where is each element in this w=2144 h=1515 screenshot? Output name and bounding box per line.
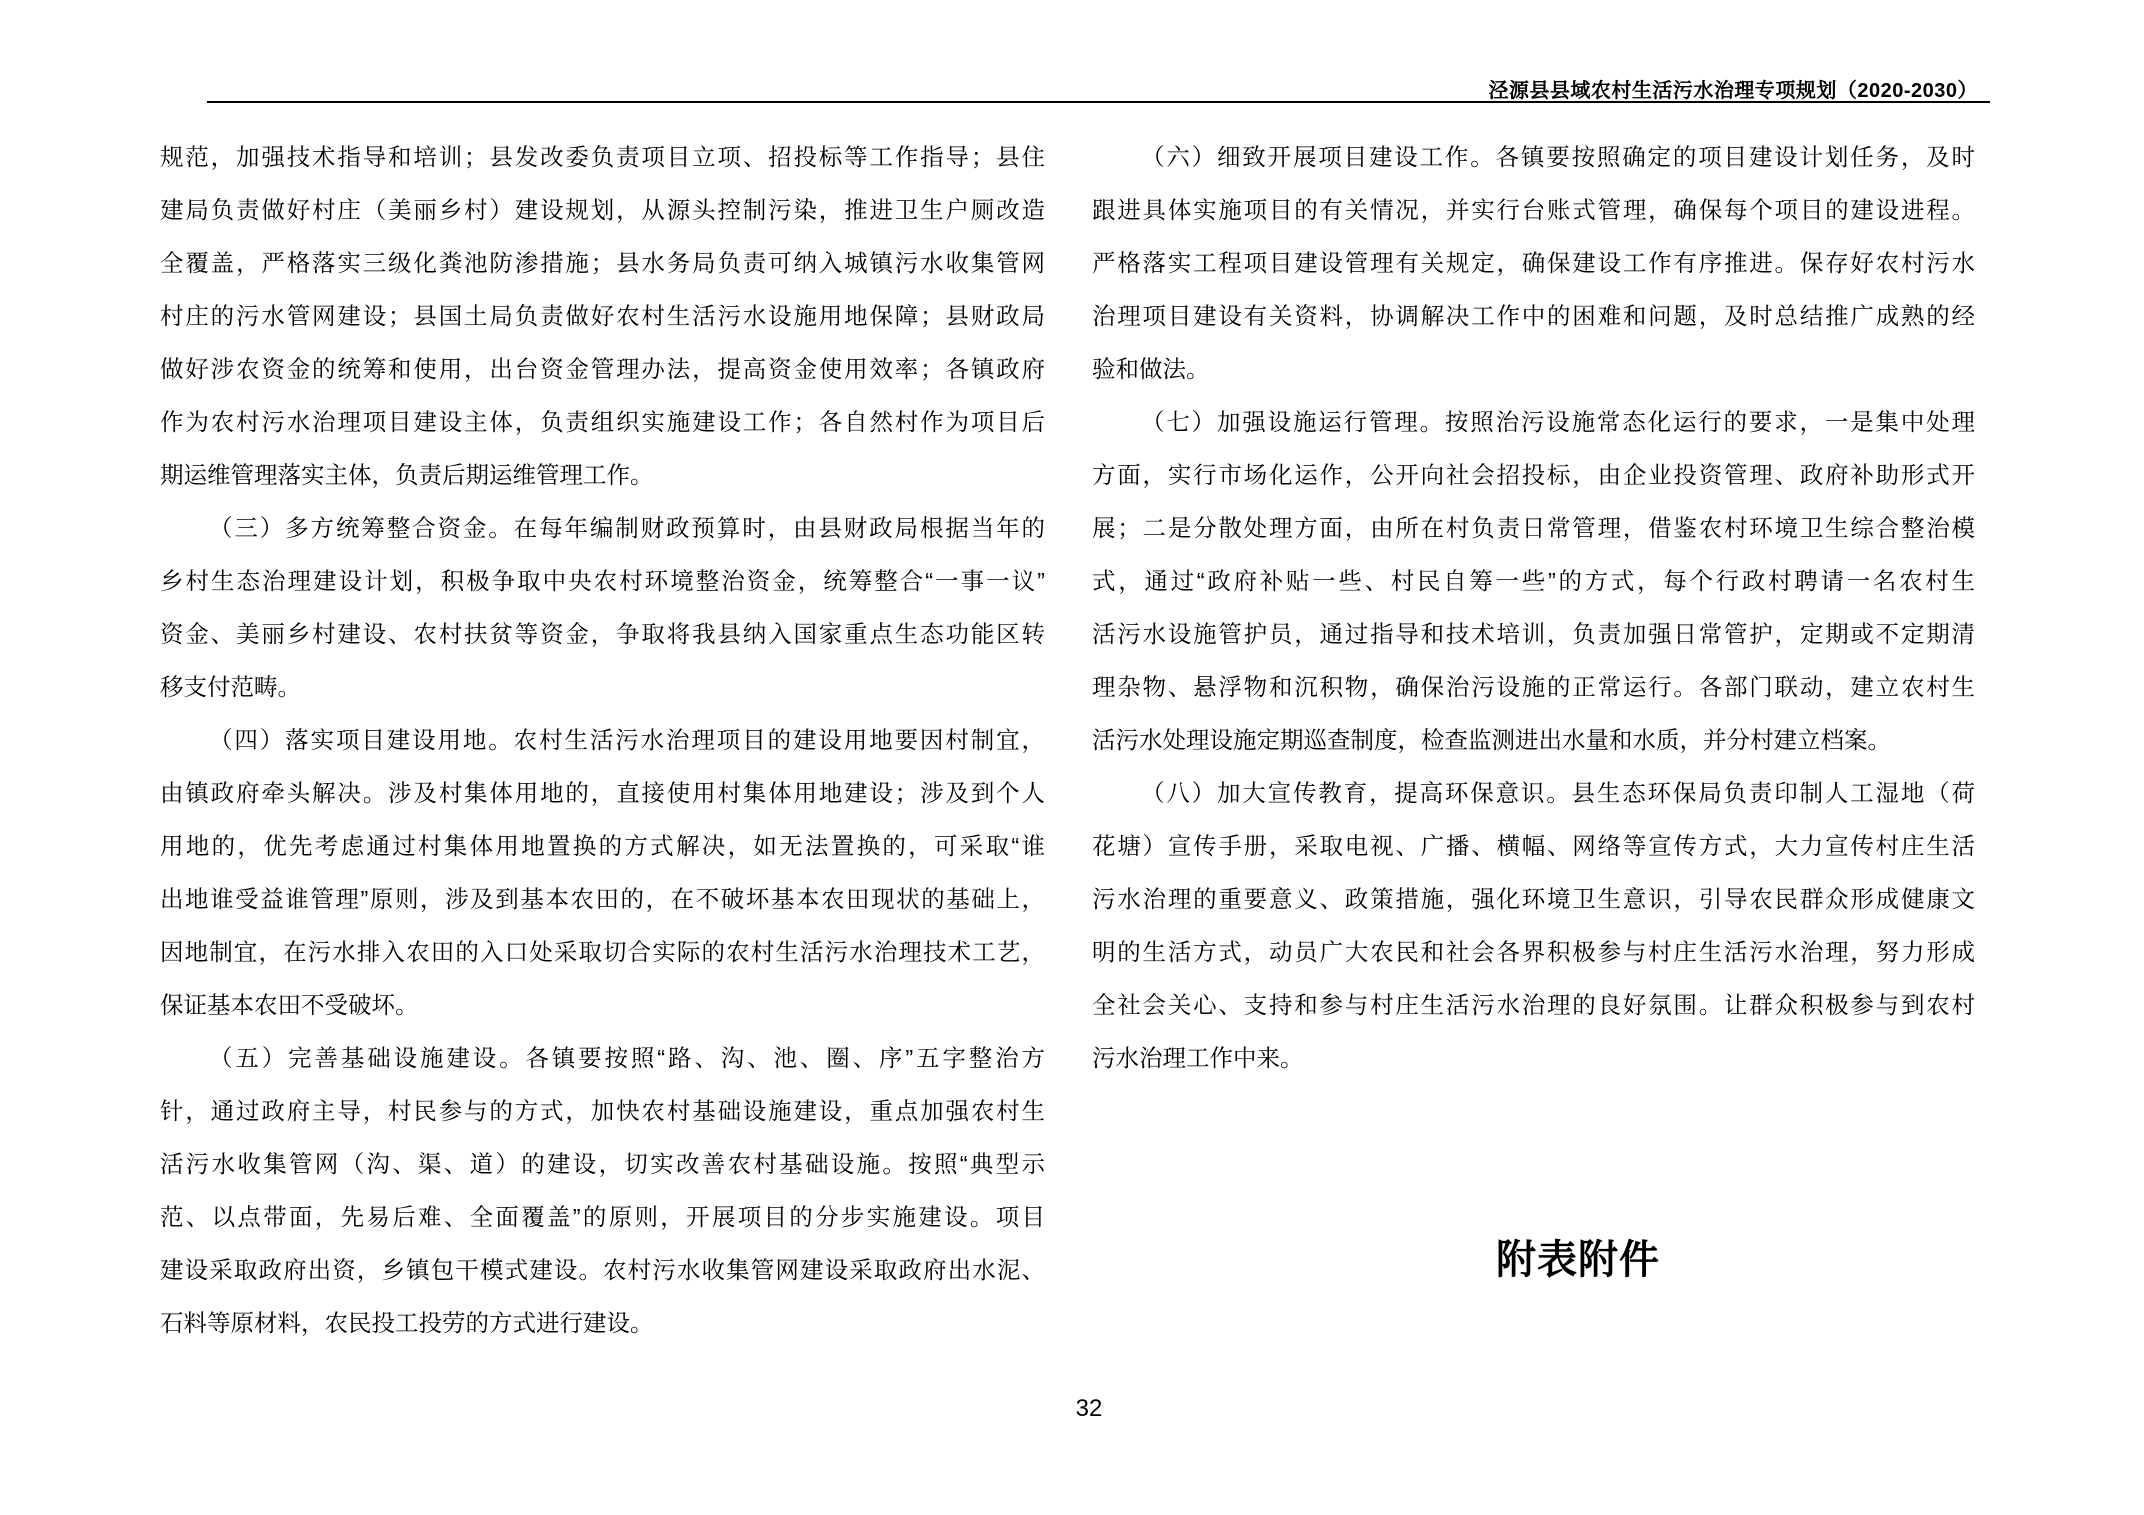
text-line: 做好涉农资金的统筹和使用，出台资金管理办法，提高资金使用效率；各镇政府 (160, 343, 1045, 396)
text-line: 治理项目建设有关资料，协调解决工作中的困难和问题，及时总结推广成熟的经 (1092, 290, 1975, 343)
text-line: 规范，加强技术指导和培训；县发改委负责项目立项、招投标等工作指导；县住 (160, 131, 1045, 184)
text-line: 活污水设施管护员，通过指导和技术培训，负责加强日常管护，定期或不定期清 (1092, 608, 1975, 661)
text-line: 式，通过“政府补贴一些、村民自筹一些”的方式，每个行政村聘请一名农村生 (1092, 555, 1975, 608)
text-line: 石料等原材料，农民投工投劳的方式进行建设。 (160, 1297, 1045, 1350)
attachment-section-heading: 附表附件 (1496, 1228, 1660, 1285)
text-line: 严格落实工程项目建设管理有关规定，确保建设工作有序推进。保存好农村污水 (1092, 237, 1975, 290)
text-line: （七）加强设施运行管理。按照治污设施常态化运行的要求，一是集中处理 (1092, 396, 1975, 449)
text-line: 污水治理工作中来。 (1092, 1032, 1975, 1085)
text-line: 村庄的污水管网建设；县国土局负责做好农村生活污水设施用地保障；县财政局 (160, 290, 1045, 343)
text-line: 出地谁受益谁管理”原则，涉及到基本农田的，在不破坏基本农田现状的基础上， (160, 873, 1045, 926)
text-line: 建设采取政府出资，乡镇包干模式建设。农村污水收集管网建设采取政府出水泥、 (160, 1244, 1045, 1297)
text-line: 活污水处理设施定期巡查制度，检查监测进出水量和水质，并分村建立档案。 (1092, 714, 1975, 767)
left-text-column: 规范，加强技术指导和培训；县发改委负责项目立项、招投标等工作指导；县住建局负责做… (160, 131, 1045, 1350)
text-line: （四）落实项目建设用地。农村生活污水治理项目的建设用地要因村制宜， (160, 714, 1045, 767)
text-line: 用地的，优先考虑通过村集体用地置换的方式解决，如无法置换的，可采取“谁 (160, 820, 1045, 873)
text-line: （五）完善基础设施建设。各镇要按照“路、沟、池、圈、序”五字整治方 (160, 1032, 1045, 1085)
text-line: 全社会关心、支持和参与村庄生活污水治理的良好氛围。让群众积极参与到农村 (1092, 979, 1975, 1032)
text-line: 明的生活方式，动员广大农民和社会各界积极参与村庄生活污水治理，努力形成 (1092, 926, 1975, 979)
text-line: 乡村生态治理建设计划，积极争取中央农村环境整治资金，统筹整合“一事一议” (160, 555, 1045, 608)
text-line: （三）多方统筹整合资金。在每年编制财政预算时，由县财政局根据当年的 (160, 502, 1045, 555)
text-line: 期运维管理落实主体，负责后期运维管理工作。 (160, 449, 1045, 502)
text-line: 针，通过政府主导，村民参与的方式，加快农村基础设施建设，重点加强农村生 (160, 1085, 1045, 1138)
document-page: 泾源县县域农村生活污水治理专项规划（2020-2030） 规范，加强技术指导和培… (0, 0, 2144, 1515)
right-text-column: （六）细致开展项目建设工作。各镇要按照确定的项目建设计划任务，及时跟进具体实施项… (1092, 131, 1975, 1085)
text-line: （六）细致开展项目建设工作。各镇要按照确定的项目建设计划任务，及时 (1092, 131, 1975, 184)
text-line: 活污水收集管网（沟、渠、道）的建设，切实改善农村基础设施。按照“典型示 (160, 1138, 1045, 1191)
text-line: 因地制宜，在污水排入农田的入口处采取切合实际的农村生活污水治理技术工艺， (160, 926, 1045, 979)
text-line: （八）加大宣传教育，提高环保意识。县生态环保局负责印制人工湿地（荷 (1092, 767, 1975, 820)
text-line: 展；二是分散处理方面，由所在村负责日常管理，借鉴农村环境卫生综合整治模 (1092, 502, 1975, 555)
text-line: 范、以点带面，先易后难、全面覆盖”的原则，开展项目的分步实施建设。项目 (160, 1191, 1045, 1244)
text-line: 验和做法。 (1092, 343, 1975, 396)
text-line: 作为农村污水治理项目建设主体，负责组织实施建设工作；各自然村作为项目后 (160, 396, 1045, 449)
text-line: 污水治理的重要意义、政策措施，强化环境卫生意识，引导农民群众形成健康文 (1092, 873, 1975, 926)
text-line: 资金、美丽乡村建设、农村扶贫等资金，争取将我县纳入国家重点生态功能区转 (160, 608, 1045, 661)
text-line: 方面，实行市场化运作，公开向社会招投标，由企业投资管理、政府补助形式开 (1092, 449, 1975, 502)
text-line: 全覆盖，严格落实三级化粪池防渗措施；县水务局负责可纳入城镇污水收集管网 (160, 237, 1045, 290)
text-line: 移支付范畴。 (160, 661, 1045, 714)
page-header-title: 泾源县县域农村生活污水治理专项规划（2020-2030） (1488, 74, 1978, 103)
header-rule (207, 101, 1990, 103)
text-line: 建局负责做好村庄（美丽乡村）建设规划，从源头控制污染，推进卫生户厕改造 (160, 184, 1045, 237)
text-line: 理杂物、悬浮物和沉积物，确保治污设施的正常运行。各部门联动，建立农村生 (1092, 661, 1975, 714)
page-number: 32 (1049, 1396, 1129, 1422)
text-line: 由镇政府牵头解决。涉及村集体用地的，直接使用村集体用地建设；涉及到个人 (160, 767, 1045, 820)
text-line: 跟进具体实施项目的有关情况，并实行台账式管理，确保每个项目的建设进程。 (1092, 184, 1975, 237)
text-line: 保证基本农田不受破坏。 (160, 979, 1045, 1032)
text-line: 花塘）宣传手册，采取电视、广播、横幅、网络等宣传方式，大力宣传村庄生活 (1092, 820, 1975, 873)
